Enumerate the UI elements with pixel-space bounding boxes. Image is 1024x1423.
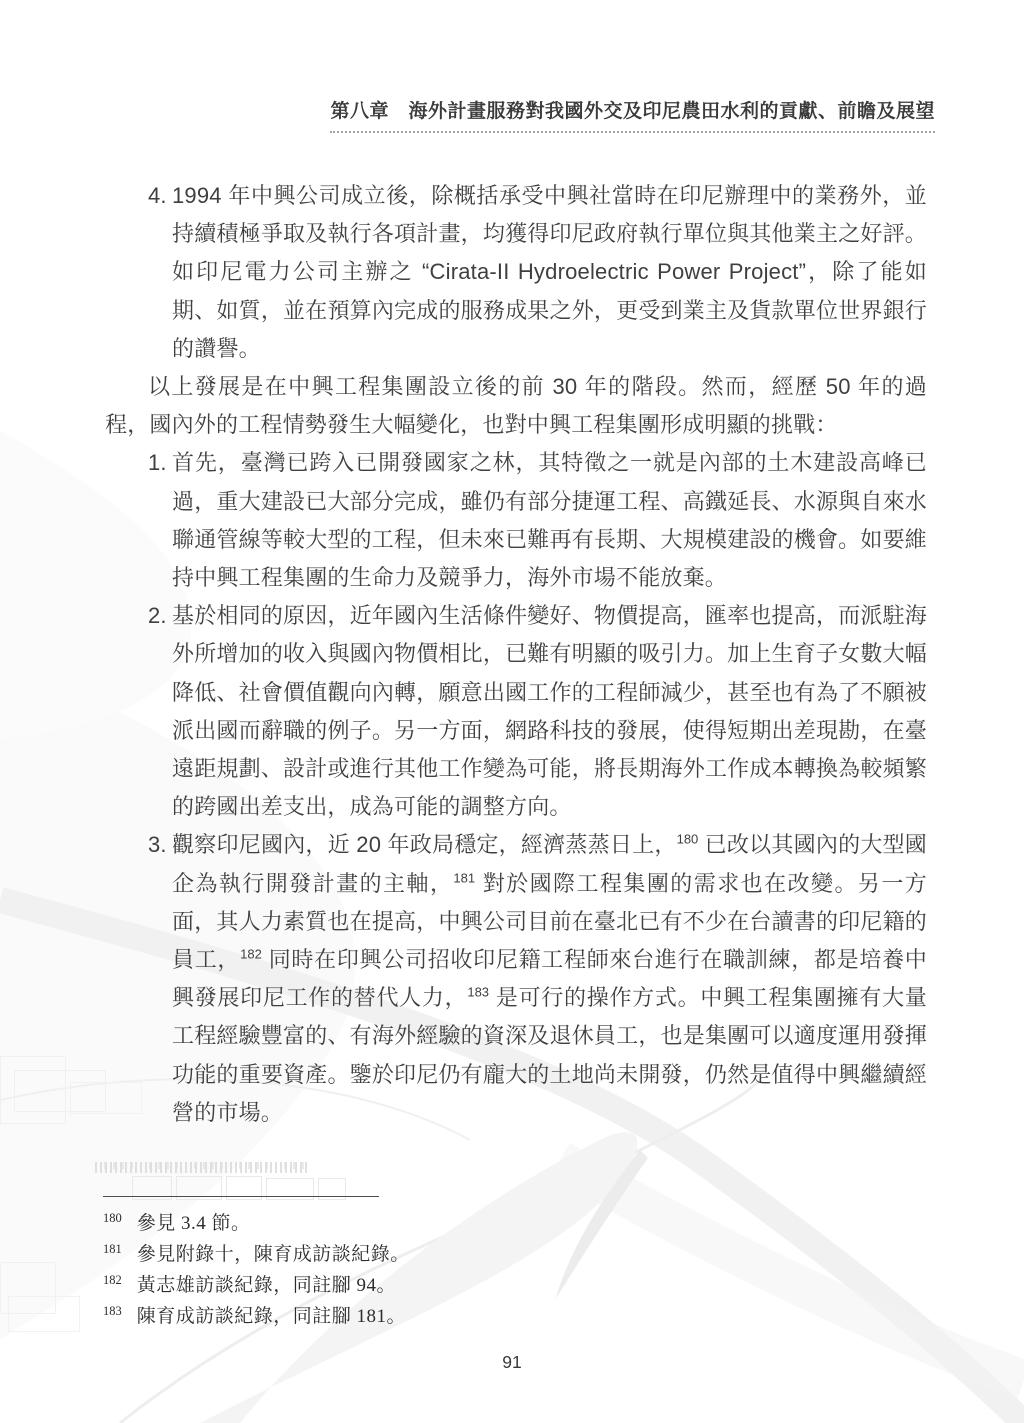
footnote-text: 黃志雄訪談紀錄，同註腳 94。 — [137, 1275, 396, 1296]
footnote-182: 182黃志雄訪談紀錄，同註腳 94。 — [103, 1270, 803, 1301]
page-body: 4. 1994 年中興公司成立後，除概括承受中興社當時在印尼辦理中的業務外，並持… — [105, 177, 927, 1132]
watermark-grid-rect — [0, 1262, 56, 1314]
footnote-number: 183 — [103, 1304, 122, 1318]
document-page: 第八章 海外計畫服務對我國外交及印尼農田水利的貢獻、前瞻及展望 4. 1994 … — [0, 0, 1024, 1423]
footnote-reference: 182 — [240, 947, 262, 962]
numbered-item-3: 3. 觀察印尼國內，近 20 年政局穩定，經濟蒸蒸日上，180 已改以其國內的大… — [105, 826, 927, 1132]
footnote-reference: 183 — [467, 985, 489, 1000]
footnote-number: 180 — [103, 1211, 122, 1225]
footnote-block: 180參見 3.4 節。 181參見附錄十，陳育成訪談紀錄。 182黃志雄訪談紀… — [103, 1196, 803, 1332]
footnote-number: 182 — [103, 1273, 122, 1287]
watermark-grid-rect — [8, 1296, 80, 1332]
watermark-ruler-ticks — [95, 1162, 309, 1173]
item-marker: 4. — [148, 177, 167, 215]
watermark-grid-rect — [0, 1056, 66, 1124]
item-text: 首先，臺灣已跨入已開發國家之林，其特徵之一就是內部的土木建設高峰已過，重大建設已… — [172, 450, 927, 590]
footnote-181: 181參見附錄十，陳育成訪談紀錄。 — [103, 1239, 803, 1270]
footnote-separator — [103, 1196, 379, 1197]
item-marker: 2. — [148, 597, 167, 635]
watermark-grid-rect — [14, 1070, 106, 1112]
footnote-text: 參見附錄十，陳育成訪談紀錄。 — [137, 1244, 410, 1265]
item-text: 基於相同的原因，近年國內生活條件變好、物價提高，匯率也提高，而派駐海外所增加的收… — [172, 603, 927, 819]
footnote-text: 參見 3.4 節。 — [137, 1213, 251, 1234]
footnote-180: 180參見 3.4 節。 — [103, 1208, 803, 1239]
numbered-item-4: 4. 1994 年中興公司成立後，除概括承受中興社當時在印尼辦理中的業務外，並持… — [105, 177, 927, 368]
item-text: 觀察印尼國內，近 20 年政局穩定，經濟蒸蒸日上，180 已改以其國內的大型國企… — [172, 832, 927, 1124]
footnote-text: 陳育成訪談紀錄，同註腳 181。 — [137, 1306, 406, 1327]
chapter-title: 第八章 海外計畫服務對我國外交及印尼農田水利的貢獻、前瞻及展望 — [330, 96, 935, 133]
footnote-reference: 180 — [677, 832, 699, 847]
item-text: 1994 年中興公司成立後，除概括承受中興社當時在印尼辦理中的業務外，並持續積極… — [172, 183, 927, 361]
page-number: 91 — [0, 1352, 1024, 1373]
footnote-reference: 181 — [453, 870, 475, 885]
footnote-183: 183陳育成訪談紀錄，同註腳 181。 — [103, 1301, 803, 1332]
footnote-number: 181 — [103, 1242, 122, 1256]
numbered-item-1: 1. 首先，臺灣已跨入已開發國家之林，其特徵之一就是內部的土木建設高峰已過，重大… — [105, 444, 927, 597]
page-header: 第八章 海外計畫服務對我國外交及印尼農田水利的貢獻、前瞻及展望 — [0, 96, 935, 133]
numbered-item-2: 2. 基於相同的原因，近年國內生活條件變好、物價提高，匯率也提高，而派駐海外所增… — [105, 597, 927, 826]
item-marker: 1. — [148, 444, 167, 482]
intro-paragraph: 以上發展是在中興工程集團設立後的前 30 年的階段。然而，經歷 50 年的過程，… — [105, 368, 927, 444]
item-marker: 3. — [148, 826, 167, 864]
